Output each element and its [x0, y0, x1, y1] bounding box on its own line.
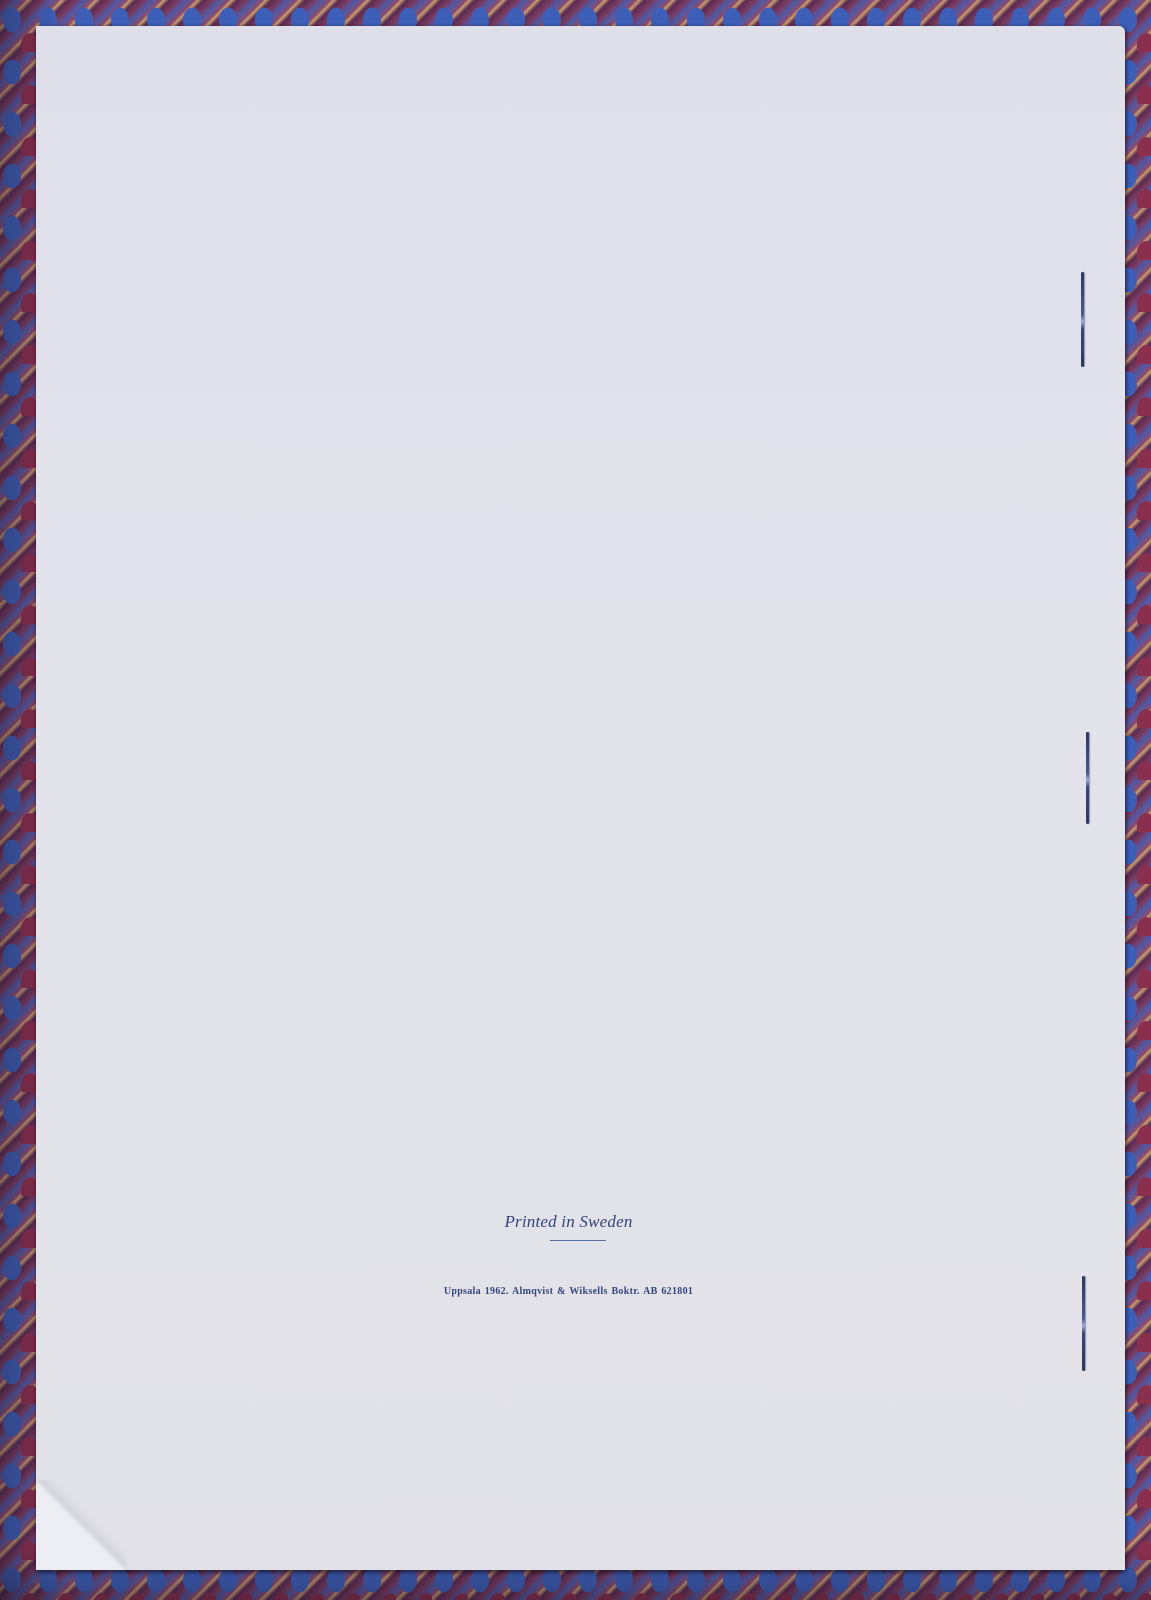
divider-rule — [550, 1240, 606, 1241]
staple-icon — [1081, 272, 1084, 367]
staple-icon — [1086, 732, 1089, 824]
document-back-cover: Printed in Sweden Uppsala 1962. Almqvist… — [36, 26, 1125, 1570]
printer-imprint: Uppsala 1962. Almqvist & Wiksells Boktr.… — [36, 1286, 1101, 1297]
printed-in-label: Printed in Sweden — [36, 1212, 1101, 1232]
staple-icon — [1082, 1276, 1085, 1371]
page-corner-fold — [36, 1480, 126, 1570]
